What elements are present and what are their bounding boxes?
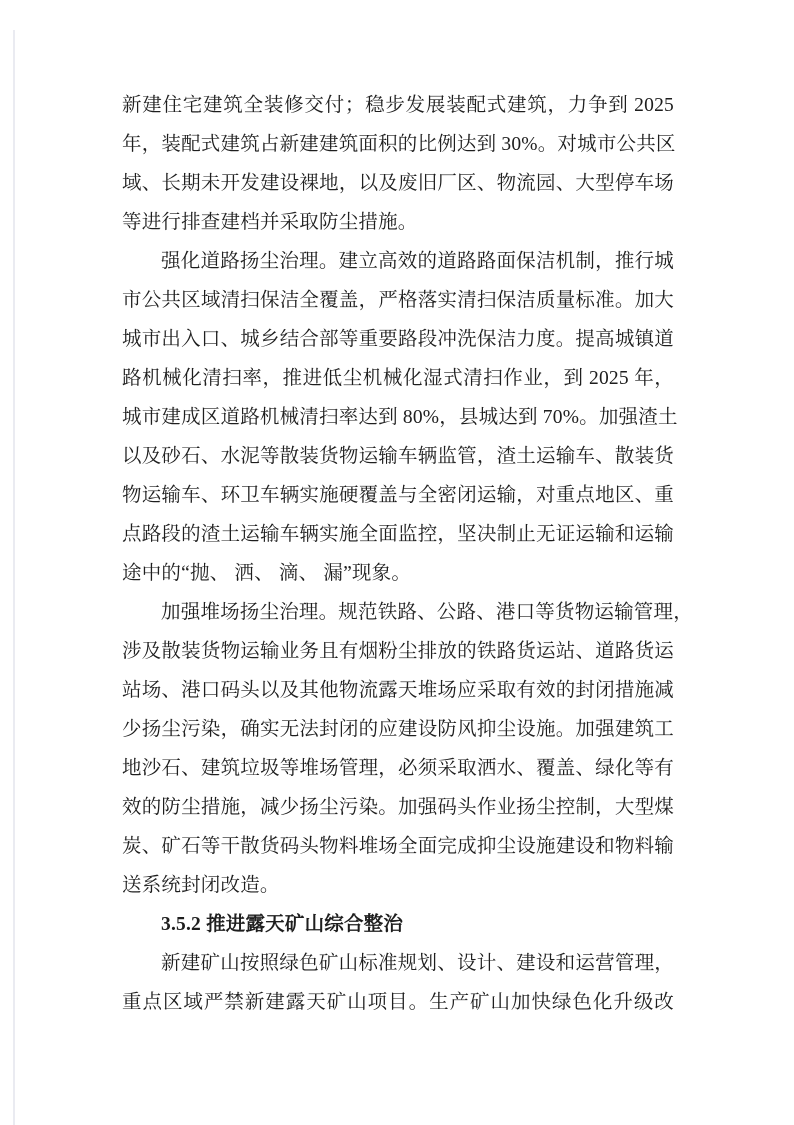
text-line: 市公共区域清扫保洁全覆盖，严格落实清扫保洁质量标准。加大 [122,281,674,320]
text-line: 点路段的渣土运输车辆实施全面监控，坚决制止无证运输和运输 [122,515,674,554]
text-line: 以及砂石、水泥等散装货物运输车辆监管，渣土运输车、散装货 [122,437,674,476]
text-line: 少扬尘污染，确实无法封闭的应建设防风抑尘设施。加强建筑工 [122,710,674,749]
text-line: 涉及散装货物运输业务且有烟粉尘排放的铁路货运站、道路货运 [122,632,674,671]
text-line: 重点区域严禁新建露天矿山项目。生产矿山加快绿色化升级改 [122,983,674,1022]
text-line: 城市建成区道路机械清扫率达到 80%，县城达到 70%。加强渣土 [122,398,674,437]
text-line: 域、长期未开发建设裸地，以及废旧厂区、物流园、大型停车场 [122,164,674,203]
text-line: 强化道路扬尘治理。建立高效的道路路面保洁机制，推行城 [122,242,674,281]
section-heading: 3.5.2 推进露天矿山综合整治 [122,905,674,944]
page-text-block: 新建住宅建筑全装修交付；稳步发展装配式建筑，力争到 2025 年，装配式建筑占新… [122,86,674,1022]
text-line: 物运输车、环卫车辆实施硬覆盖与全密闭运输，对重点地区、重 [122,476,674,515]
text-line: 途中的“抛、 洒、 滴、 漏”现象。 [122,554,674,593]
text-line: 年，装配式建筑占新建建筑面积的比例达到 30%。对城市公共区 [122,125,674,164]
text-line: 新建住宅建筑全装修交付；稳步发展装配式建筑，力争到 2025 [122,86,674,125]
page-edge-shadow [13,30,15,1125]
text-line: 效的防尘措施，减少扬尘污染。加强码头作业扬尘控制，大型煤 [122,788,674,827]
text-line: 新建矿山按照绿色矿山标准规划、设计、建设和运营管理， [122,944,674,983]
text-line: 送系统封闭改造。 [122,866,674,905]
text-line: 路机械化清扫率，推进低尘机械化湿式清扫作业，到 2025 年， [122,359,674,398]
text-line: 地沙石、建筑垃圾等堆场管理，必须采取洒水、覆盖、绿化等有 [122,749,674,788]
text-line: 站场、港口码头以及其他物流露天堆场应采取有效的封闭措施减 [122,671,674,710]
text-line: 等进行排查建档并采取防尘措施。 [122,203,674,242]
document-page: 新建住宅建筑全装修交付；稳步发展装配式建筑，力争到 2025 年，装配式建筑占新… [0,0,794,1125]
text-line: 城市出入口、城乡结合部等重要路段冲洗保洁力度。提高城镇道 [122,320,674,359]
text-line: 加强堆场扬尘治理。规范铁路、公路、港口等货物运输管理， [122,593,674,632]
text-line: 炭、矿石等干散货码头物料堆场全面完成抑尘设施建设和物料输 [122,827,674,866]
